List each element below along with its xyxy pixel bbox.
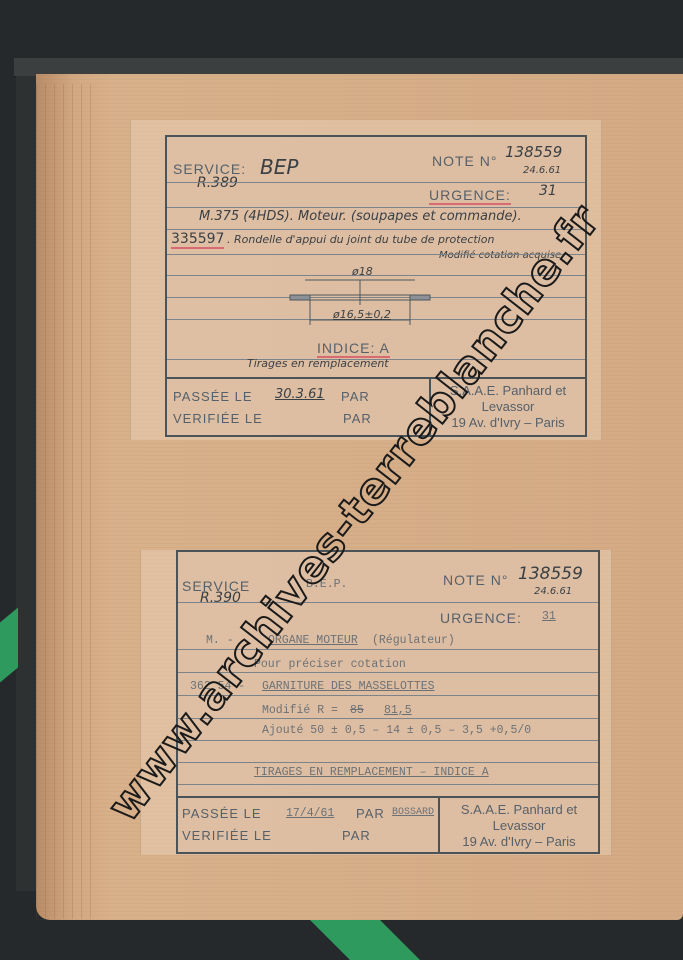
service-ref: R.390 [200, 590, 241, 606]
card2-line5: Ajouté 50 ± 0,5 – 14 ± 0,5 – 3,5 +0,5/0 [262, 724, 531, 737]
verifiee-label: VERIFIÉE LE [182, 828, 272, 843]
note-date: 24.6.61 [534, 586, 572, 597]
card2-line4-value: 81,5 [384, 704, 412, 717]
verifiee-label: VERIFIÉE LE [173, 411, 263, 426]
tirages-note: Tirages en remplacement [247, 357, 389, 370]
card2-line6: TIRAGES EN REMPLACEMENT – INDICE A [254, 766, 489, 779]
note-date: 24.6.61 [523, 165, 561, 176]
service-ref: R.389 [197, 175, 238, 191]
passee-label: PASSÉE LE [173, 389, 253, 404]
passee-label: PASSÉE LE [182, 806, 262, 821]
company-line2: Levassor [442, 818, 596, 834]
par-label-2: PAR [343, 411, 372, 426]
card2-line4-struck: 85 [350, 704, 364, 717]
par-value: BOSSARD [392, 807, 434, 818]
washer-drawing [285, 275, 445, 335]
note-label: NOTE N° [443, 572, 509, 588]
card2-line4-prefix: Modifié R = [262, 704, 338, 717]
note-number: 138559 [505, 143, 562, 161]
card2-footer: PASSÉE LE 17/4/61 PAR BOSSARD VERIFIÉE L… [178, 796, 598, 852]
card1-footer: PASSÉE LE 30.3.61 PAR VERIFIÉE LE PAR S.… [167, 377, 585, 435]
dim-top: ø18 [352, 265, 373, 278]
card1-line1: M.375 (4HDS). Moteur. (soupapes et comma… [199, 209, 522, 224]
green-stripe-bottom [305, 915, 425, 960]
par-label: PAR [356, 806, 385, 821]
dim-bottom: ø16,5±0,2 [333, 308, 391, 321]
urgence-value: 31 [539, 183, 557, 199]
indice-label: INDICE: A [317, 340, 390, 358]
company-line3: 19 Av. d'Ivry – Paris [442, 834, 596, 850]
passee-date: 17/4/61 [286, 807, 334, 820]
note-label: NOTE N° [432, 153, 498, 169]
binder-spine [16, 76, 36, 891]
company-line1: S.A.A.E. Panhard et [442, 802, 596, 818]
par-label-2: PAR [342, 828, 371, 843]
card1-line2: . Rondelle d'appui du joint du tube de p… [227, 233, 494, 246]
urgence-label: URGENCE: [440, 610, 522, 626]
service-value: BEP [260, 155, 298, 179]
part-number: 335597 [171, 231, 224, 249]
urgence-value: 31 [542, 610, 556, 623]
urgence-label: URGENCE: [429, 187, 511, 205]
card2-line1-suffix: (Régulateur) [372, 634, 455, 647]
passee-date: 30.3.61 [275, 387, 325, 402]
card2-line2: Pour préciser cotation [254, 658, 406, 671]
card2-line3-main: GARNITURE DES MASSELOTTES [262, 680, 435, 693]
par-label: PAR [341, 389, 370, 404]
note-card-2: SERVICE B.E.P. R.390 NOTE N° 138559 24.6… [176, 550, 600, 854]
note-number: 138559 [518, 564, 583, 584]
page-stack-edges [36, 84, 96, 919]
company-address: S.A.A.E. Panhard et Levassor 19 Av. d'Iv… [442, 802, 596, 850]
